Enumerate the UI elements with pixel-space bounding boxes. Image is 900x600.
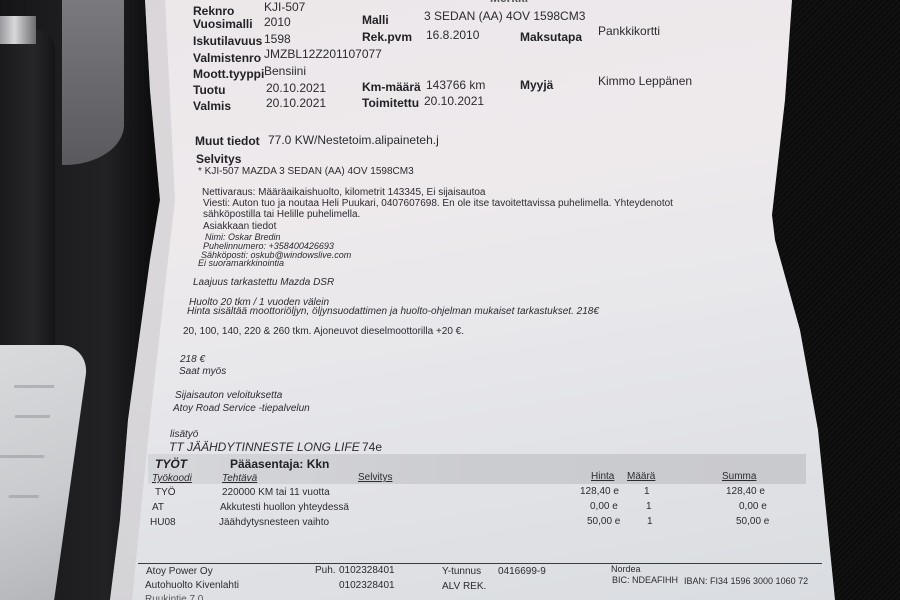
- background-bottle-cap: [0, 16, 36, 44]
- row-summa: 50,00 e: [736, 516, 769, 528]
- row-koodi: TYÖ: [155, 487, 176, 499]
- row-hinta: 50,00 e: [587, 516, 620, 528]
- footer-ytunnus: 0416699-9: [498, 566, 546, 578]
- row-hinta: 0,00 e: [590, 501, 618, 513]
- paaasentaja: Pääasentaja: Kkn: [230, 457, 329, 471]
- vuosimalli-value: 2010: [264, 15, 291, 29]
- service-price: 218 €: [180, 354, 205, 366]
- footer-divider: [138, 563, 822, 564]
- footer-iban: IBAN: FI34 1596 3000 1060 72: [684, 576, 808, 586]
- km-label: Km-määrä: [362, 80, 421, 94]
- row-tehtava: 220000 KM tai 11 vuotta: [222, 487, 330, 499]
- maksutapa-value: Pankkikortti: [598, 24, 660, 38]
- maksutapa-label: Maksutapa: [520, 30, 582, 44]
- row-maara: 1: [646, 501, 652, 513]
- saat-myos: Saat myös: [179, 366, 226, 378]
- row-koodi: AT: [152, 502, 164, 514]
- rekpvm-value: 16.8.2010: [426, 28, 479, 42]
- valmis-value: 20.10.2021: [266, 96, 326, 110]
- footer-company: Atoy Power Oy: [146, 566, 213, 578]
- footer-puh: 0102328401: [339, 565, 395, 577]
- footer-branch: Autohuolto Kivenlahti: [145, 580, 239, 592]
- iskutilavuus-label: Iskutilavuus: [193, 34, 262, 48]
- col-header-tehtava: Tehtävä: [222, 473, 257, 485]
- footer-puh2: 0102328401: [339, 580, 395, 592]
- lisatyo-item: TT JÄÄHDYTINNESTE LONG LIFE: [169, 440, 360, 454]
- sijaisauto-line: Sijaisauton veloituksetta: [175, 390, 282, 402]
- marketing-consent: Ei suoramarkkinointia: [198, 258, 284, 268]
- row-hinta: 128,40 e: [580, 486, 619, 498]
- viesti-line-2: sähköpostilla tai Helille puhelimella.: [203, 209, 360, 221]
- row-tehtava: Jäähdytysnesteen vaihto: [219, 517, 329, 529]
- vuosimalli-label: Vuosimalli: [193, 17, 253, 31]
- col-header-hinta: Hinta: [591, 471, 614, 483]
- price-includes-line: Hinta sisältää moottoriöljyn, öljynsuoda…: [187, 306, 599, 318]
- myyja-value: Kimmo Leppänen: [598, 74, 692, 88]
- col-header-tyokoodi: Työkoodi: [152, 473, 192, 485]
- road-service-line: Atoy Road Service -tiepalvelun: [173, 403, 310, 415]
- col-header-maara: Määrä: [627, 471, 655, 483]
- footer-ytunnus-label: Y-tunnus: [442, 566, 481, 578]
- moottyyppi-label: Moott.tyyppi: [193, 67, 264, 81]
- malli-value: 3 SEDAN (AA) 4OV 1598CM3: [424, 9, 585, 23]
- selvitys-label: Selvitys: [196, 152, 241, 166]
- tuotu-value: 20.10.2021: [266, 81, 326, 95]
- rekpvm-label: Rek.pvm: [362, 30, 412, 44]
- background-seat: [62, 0, 124, 165]
- lisatyo-price: 74e: [362, 440, 382, 454]
- valmis-label: Valmis: [193, 99, 231, 113]
- muut-tiedot-value: 77.0 KW/Nestetoim.alipaineteh.j: [268, 133, 439, 147]
- col-header-summa: Summa: [722, 471, 756, 483]
- malli-label: Malli: [362, 13, 389, 27]
- reknro-value: KJI-507: [264, 0, 305, 14]
- myyja-label: Myyjä: [520, 78, 553, 92]
- selvitys-vehicle-line: * KJI-507 MAZDA 3 SEDAN (AA) 4OV 1598CM3: [198, 166, 414, 178]
- intervals-line: 20, 100, 140, 220 & 260 tkm. Ajoneuvot d…: [183, 326, 464, 338]
- moottyyppi-value: Bensiini: [264, 64, 306, 78]
- km-value: 143766 km: [426, 78, 485, 92]
- toimitettu-label: Toimitettu: [362, 96, 419, 110]
- footer-puh-label: Puh.: [315, 565, 336, 577]
- laajuus-line: Laajuus tarkastettu Mazda DSR: [193, 277, 334, 289]
- tuotu-label: Tuotu: [193, 83, 225, 97]
- iskutilavuus-value: 1598: [264, 32, 291, 46]
- toimitettu-value: 20.10.2021: [424, 94, 484, 108]
- tyot-title: TYÖT: [155, 457, 187, 471]
- footer-bank: Nordea: [611, 564, 641, 574]
- merkki-label: Merkki: [490, 0, 528, 5]
- row-summa: 0,00 e: [739, 501, 767, 513]
- row-maara: 1: [647, 516, 653, 528]
- footer-bic: BIC: NDEAFIHH: [612, 575, 678, 585]
- valmistenro-value: JMZBL12Z201107077: [264, 47, 382, 61]
- footer-address: Ruukintie 7 0: [145, 594, 203, 600]
- footer-alv: ALV REK.: [442, 581, 486, 593]
- valmistenro-label: Valmistenro: [193, 51, 261, 65]
- reknro-label: Reknro: [193, 4, 234, 18]
- row-maara: 1: [644, 486, 650, 498]
- row-koodi: HU08: [150, 517, 176, 529]
- row-tehtava: Akkutesti huollon yhteydessä: [220, 502, 349, 514]
- col-header-selvitys: Selvitys: [358, 472, 392, 484]
- muut-tiedot-label: Muut tiedot: [195, 134, 260, 148]
- row-summa: 128,40 e: [726, 486, 765, 498]
